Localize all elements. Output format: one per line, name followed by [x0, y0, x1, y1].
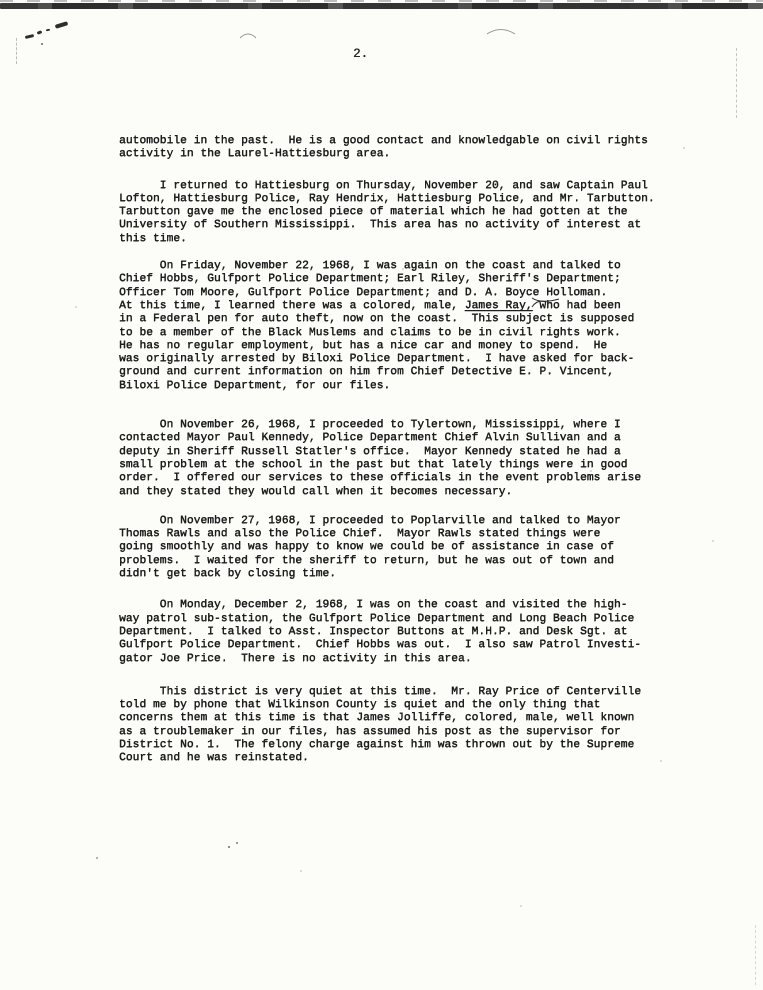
paragraph-text: automobile in the past. He is a good con… [119, 135, 648, 160]
document-page: 2. automobile in the past. He is a good … [0, 0, 763, 990]
paragraph-district-summary: This district is very quiet at this time… [119, 686, 719, 766]
scan-speck [96, 857, 98, 859]
scan-edge-band [0, 3, 763, 9]
scan-speck [228, 846, 230, 848]
paragraph-text: who had been in a Federal pen for auto t… [119, 300, 634, 392]
paragraph-text: On November 27, 1968, I proceeded to Pop… [119, 515, 621, 580]
underlined-name-james-ray: James Ray, [465, 300, 533, 312]
ink-smudge [41, 43, 43, 45]
paragraph-poplarville-visit: On November 27, 1968, I proceeded to Pop… [119, 515, 719, 581]
scan-speck [236, 842, 238, 844]
paragraph-tylertown-visit: On November 26, 1968, I proceeded to Tyl… [119, 419, 719, 499]
paragraph-text: I returned to Hattiesburg on Thursday, N… [119, 180, 655, 245]
page-number: 2. [353, 47, 368, 61]
scan-speck [520, 905, 522, 907]
paragraph-coast-visit: On Friday, November 22, 1968, I was agai… [119, 260, 719, 393]
paragraph-text: On Monday, December 2, 1968, I was on th… [119, 599, 641, 664]
ink-smudge [25, 34, 34, 39]
scan-fold-line [16, 38, 17, 64]
paragraph-contact-summary: automobile in the past. He is a good con… [119, 135, 719, 162]
ink-smudge [46, 29, 50, 32]
document-body: automobile in the past. He is a good con… [119, 135, 719, 766]
paragraph-hattiesburg-visit: I returned to Hattiesburg on Thursday, N… [119, 180, 719, 246]
ink-smudge [55, 21, 69, 29]
scan-speck [75, 306, 77, 308]
scan-curve-artifact [487, 22, 515, 40]
paragraph-text: On November 26, 1968, I proceeded to Tyl… [119, 419, 641, 497]
ink-smudge [37, 30, 43, 35]
scan-fold-line [755, 925, 756, 985]
scan-edge-dashes [0, 0, 763, 2]
scan-fold-line [736, 48, 737, 118]
paragraph-december-coast-visit: On Monday, December 2, 1968, I was on th… [119, 599, 719, 665]
scan-speck [300, 870, 302, 872]
paragraph-text: This district is very quiet at this time… [119, 686, 641, 764]
scan-curve-artifact [240, 26, 256, 44]
